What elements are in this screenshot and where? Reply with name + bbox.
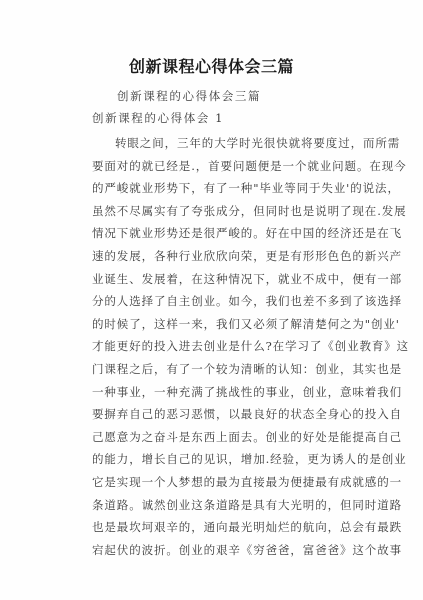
- text-line: 才能更好的投入进去创业是什么?在学习了《创业教育》这: [92, 335, 362, 358]
- text-line: 的能力，增长自己的见识，增加.经验，更为诱人的是创业: [92, 448, 362, 471]
- text-line: 一种事业，一种充满了挑战性的事业，创业，意味着我们: [92, 381, 362, 404]
- body-text: 转眼之间，三年的大学时光很快就将要度过，而所需 要面对的就已经是.，首要问题便是…: [92, 132, 362, 561]
- text-line: 转眼之间，三年的大学时光很快就将要度过，而所需: [92, 132, 362, 155]
- text-line: 也是最坎坷艰辛的，通向最光明灿烂的航向，总会有最跌: [92, 516, 362, 539]
- text-line: 宕起伏的波折。创业的艰辛《穷爸爸，富爸爸》这个故事: [92, 539, 362, 562]
- text-line: 要摒弃自己的恶习恶惯，以最良好的状态全身心的投入自: [92, 403, 362, 426]
- text-line: 的时候了，这样一来，我们又必须了解清楚何之为"创业': [92, 313, 362, 336]
- text-line: 门课程之后，有了一个较为清晰的认知：创业，其实也是: [92, 358, 362, 381]
- text-line: 速的发展，各种行业欣欣向荣，更是有形形色色的新兴产: [92, 245, 362, 268]
- text-line: 己愿意为之奋斗是东西上面去。创业的好处是能提高自己: [92, 426, 362, 449]
- text-line: 要面对的就已经是.，首要问题便是一个就业问题。在现今: [92, 155, 362, 178]
- text-line: 虽然不尽属实有了夸张成分，但同时也是说明了现在.发展: [92, 200, 362, 223]
- text-line: 分的人选择了自主创业。如今，我们也差不多到了该选择: [92, 290, 362, 313]
- document-page: 创新课程心得体会三篇 创新课程的心得体会三篇 创新课程的心得体会 1 转眼之间，…: [0, 0, 423, 600]
- text-line: 业诞生、发展着，在这种情况下，就业不成中，便有一部: [92, 268, 362, 291]
- text-line: 它是实现一个人梦想的最为直接最为便捷最有成就感的一: [92, 471, 362, 494]
- text-line: 的严峻就业形势下，有了一种"毕业等同于失业'的说法，: [92, 177, 362, 200]
- text-line: 条道路。诚然创业这条道路是具有大光明的，但同时道路: [92, 494, 362, 517]
- document-subtitle: 创新课程的心得体会三篇: [117, 88, 261, 104]
- text-line: 情况下就业形势还是很严峻的。好在中国的经济还是在飞: [92, 222, 362, 245]
- document-title: 创新课程心得体会三篇: [0, 54, 423, 77]
- section-heading: 创新课程的心得体会 1: [92, 110, 224, 126]
